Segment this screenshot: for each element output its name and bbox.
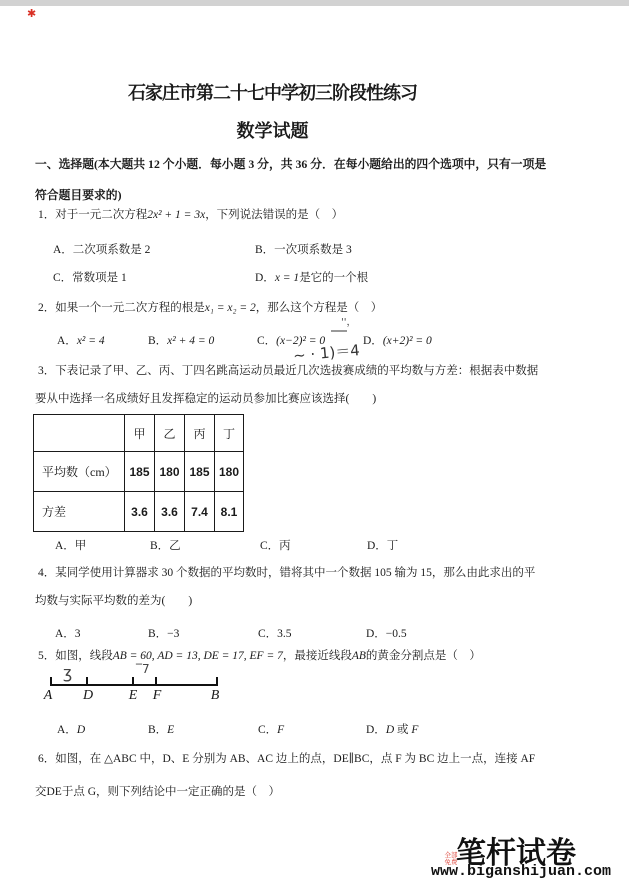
table-header-bing: 丙 <box>185 415 215 452</box>
q5-option-d-point1: D <box>386 724 394 736</box>
question-2-option-b: B．x² + 4 = 0 <box>148 332 214 348</box>
question-5-option-c: C．F <box>258 721 284 737</box>
table-row: 方差 3.6 3.6 7.4 8.1 <box>34 492 244 532</box>
question-1-option-c: C．常数项是 1 <box>53 269 127 285</box>
question-4-option-d: D．−0.5 <box>366 625 407 641</box>
question-3-option-b: B．乙 <box>150 537 181 553</box>
q5-option-d-point2: F <box>411 724 418 736</box>
section-header-line2: 符合题目要求的) <box>35 186 122 203</box>
question-3-option-c: C．丙 <box>260 537 291 553</box>
table-cell: 3.6 <box>125 492 155 532</box>
question-4-option-c: C．3.5 <box>258 625 292 641</box>
question-1-option-b: B．一次项系数是 3 <box>255 241 352 257</box>
q1-stem-tail: ，下列说法错误的是（ ） <box>205 209 343 221</box>
page-subtitle: 数学试题 <box>35 117 510 143</box>
q5-option-c-point: F <box>277 724 284 736</box>
q5-stem-text: 5．如图，线段 <box>38 650 113 662</box>
q5-option-b-label: B． <box>148 724 167 736</box>
q1-stem-text: 1．对于一元二次方程 <box>38 209 147 221</box>
q2-option-d-label: D． <box>363 335 383 347</box>
q5-option-c-label: C． <box>258 724 277 736</box>
table-cell: 180 <box>215 452 244 492</box>
question-6-stem-line2: 交DE于点 G，则下列结论中一定正确的是（ ） <box>35 783 280 799</box>
fig-label-a: A <box>44 688 53 704</box>
tick-e <box>132 677 134 685</box>
q5-stem-equation: AB = 60, AD = 13, DE = 17, EF = 7 <box>113 650 283 662</box>
question-4-stem-line1: 4．某同学使用计算器求 30 个数据的平均数时，错将其中一个数据 105 输为 … <box>38 564 535 580</box>
q5-option-a-label: A． <box>57 724 77 736</box>
q2-option-a-equation: x² = 4 <box>77 335 105 347</box>
question-3-stem-line2: 要从中选择一名成绩好且发挥稳定的运动员参加比赛应该选择( ) <box>35 390 376 406</box>
handwriting-dash <box>331 330 347 332</box>
q5-stem-tail: 的黄金分割点是（ ） <box>366 650 481 662</box>
question-1-option-d: D．x = 1是它的一个根 <box>255 269 368 285</box>
question-3-option-a: A．甲 <box>55 537 86 553</box>
fig-label-e: E <box>129 688 138 704</box>
question-2-option-d: D．(x+2)² = 0 <box>363 332 432 348</box>
q5-option-d-label: D． <box>366 724 386 736</box>
question-4-option-b: B．−3 <box>148 625 179 641</box>
question-5-option-b: B．E <box>148 721 174 737</box>
question-6-stem-line1: 6．如图，在 △ABC 中，D、E 分别为 AB、AC 边上的点，DE∥BC，点… <box>38 750 535 766</box>
table-row-label-mean: 平均数（cm） <box>34 452 125 492</box>
q2-option-a-label: A． <box>57 335 77 347</box>
tick-b <box>216 677 218 685</box>
question-1-stem: 1．对于一元二次方程2x² + 1 = 3x，下列说法错误的是（ ） <box>38 206 343 222</box>
q1-option-d-label: D． <box>255 272 275 284</box>
tick-a <box>50 677 52 685</box>
segment-line <box>50 684 218 686</box>
question-2-stem: 2．如果一个一元二次方程的根是x₁ = x₂ = 2，那么这个方程是（ ） <box>38 299 382 315</box>
q5-option-d-or: 或 <box>394 724 411 736</box>
table-cell: 180 <box>155 452 185 492</box>
question-3-option-d: D．丁 <box>367 537 398 553</box>
q1-option-d-tail: 是它的一个根 <box>299 272 368 284</box>
table-header-yi: 乙 <box>155 415 185 452</box>
question-3-stem-line1: 3．下表记录了甲、乙、丙、丁四名跳高运动员最近几次选拔赛成绩的平均数与方差：根据… <box>38 362 538 378</box>
q5-option-b-point: E <box>167 724 174 736</box>
table-cell: 7.4 <box>185 492 215 532</box>
q2-option-c-label: C． <box>257 335 276 347</box>
question-2-option-a: A．x² = 4 <box>57 332 105 348</box>
q5-option-a-point: D <box>77 724 85 736</box>
top-gray-bar <box>0 0 629 6</box>
section-header-line1: 一、选择题(本大题共 12 个小题．每小题 3 分，共 36 分．在每小题给出的… <box>35 155 546 172</box>
handwriting-fig-right: ‾7 <box>136 662 150 676</box>
question-5-stem: 5．如图，线段AB = 60, AD = 13, DE = 17, EF = 7… <box>38 647 481 663</box>
watermark-url: www.biganshijuan.com <box>431 863 611 880</box>
fig-label-f: F <box>153 688 162 704</box>
exam-paper-page: ✱ 石家庄市第二十七中学初三阶段性练习 数学试题 一、选择题(本大题共 12 个… <box>0 0 629 894</box>
q5-stem-segment-name: AB <box>352 650 366 662</box>
question-1-option-a: A．二次项系数是 2 <box>53 241 150 257</box>
table-cell: 3.6 <box>155 492 185 532</box>
q2-option-b-label: B． <box>148 335 167 347</box>
q2-stem-text: 2．如果一个一元二次方程的根是 <box>38 302 205 314</box>
red-stamp-icon: ✱ <box>27 7 36 20</box>
table-cell: 185 <box>185 452 215 492</box>
q1-stem-equation: 2x² + 1 = 3x <box>147 209 205 221</box>
q2-option-d-equation: (x+2)² = 0 <box>383 335 432 347</box>
fig-label-b: B <box>211 688 220 704</box>
tick-d <box>86 677 88 685</box>
question-4-stem-line2: 均数与实际平均数的差为( ) <box>35 592 192 608</box>
table-row: 平均数（cm） 185 180 185 180 <box>34 452 244 492</box>
table-header-blank <box>34 415 125 452</box>
question-5-option-a: A．D <box>57 721 85 737</box>
handwriting-mark-top: ''， <box>341 313 357 328</box>
page-title: 石家庄市第二十七中学初三阶段性练习 <box>35 79 510 105</box>
handwriting-fig-left: ʒ <box>63 663 72 682</box>
table-header-row: 甲 乙 丙 丁 <box>34 415 244 452</box>
table-cell: 8.1 <box>215 492 244 532</box>
fig-label-d: D <box>83 688 93 704</box>
tick-f <box>155 677 157 685</box>
q5-stem-mid: ，最接近线段 <box>283 650 352 662</box>
table-row-label-variance: 方差 <box>34 492 125 532</box>
q2-stem-equation: x₁ = x₂ = 2 <box>205 302 256 314</box>
table-header-ding: 丁 <box>215 415 244 452</box>
statistics-table: 甲 乙 丙 丁 平均数（cm） 185 180 185 180 方差 3.6 3… <box>33 414 244 532</box>
table-header-jia: 甲 <box>125 415 155 452</box>
question-5-option-d: D．D 或 F <box>366 721 418 737</box>
q2-stem-tail: ，那么这个方程是（ ） <box>256 302 383 314</box>
q1-option-d-equation: x = 1 <box>275 272 299 284</box>
q2-option-b-equation: x² + 4 = 0 <box>167 335 214 347</box>
table-cell: 185 <box>125 452 155 492</box>
question-4-option-a: A．3 <box>55 625 81 641</box>
